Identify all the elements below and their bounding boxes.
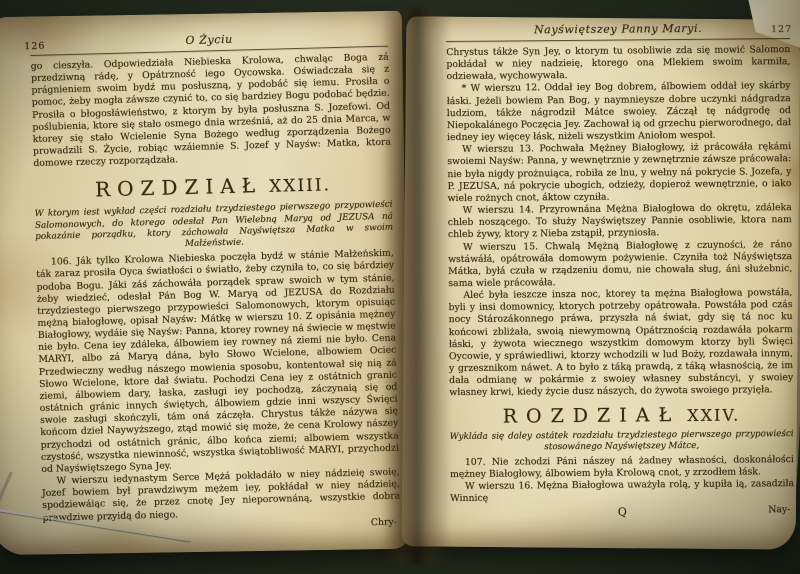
left-catchword: Chry- <box>371 516 397 528</box>
left-paragraph-continuation: go cieszyła. Odpowiedziała Niebieska Kro… <box>31 52 392 171</box>
right-paragraph-night: Aleć była ieszcze insza noc, ktorey ta m… <box>448 287 793 399</box>
chapter-word: ROZDZIAŁ <box>503 404 681 428</box>
right-paragraph-verse-16: W wierszu 16. Mężna Białogłowa uważyła r… <box>450 478 794 505</box>
chapter-numeral: XXIII. <box>269 176 331 198</box>
chapter-numeral: XXIV. <box>687 405 740 424</box>
open-book-photo: 126 O Życiu go cieszyła. Odpowiedziała N… <box>0 0 800 574</box>
right-paragraph-verse-13: W wierszu 13. Pochwała Mężney Białogłowy… <box>447 141 792 205</box>
right-paragraph-continuation: Chrystus tákże Syn Jey, o ktorym tu osob… <box>446 44 790 83</box>
right-paragraph-verse-14: W wierszu 14. Przyrownána Mężna Białogło… <box>448 202 792 241</box>
right-paragraph-verse-12: * W wierszu 12. Oddał iey Bog dobrem, ál… <box>447 80 792 144</box>
right-running-header: Nayświętszey Panny Maryi. <box>446 21 790 37</box>
chapter-xxiv-summary: Wykláda się daley ostátek rozdziału trzy… <box>450 429 794 454</box>
right-page-number: 127 <box>771 24 792 35</box>
left-paragraph-verse-11: W wierszu iedynastym Serce Mężá pokładáł… <box>41 467 400 525</box>
chapter-xxiii-summary: W ktorym iest wykład części rozdziału tr… <box>34 200 393 254</box>
right-paragraph-verse-15: W wierszu 15. Chwalą Mężną Białogłowę z … <box>448 238 792 290</box>
left-page-number: 126 <box>24 41 45 53</box>
chapter-word: ROZDZIAŁ <box>95 173 263 201</box>
left-page-text: 126 O Życiu go cieszyła. Odpowiedziała N… <box>30 29 401 540</box>
right-signature-row: Q Nay- <box>450 504 794 521</box>
left-paragraph-106: 106. Ják tylko Krolowa Niebieska poczęła… <box>36 248 400 476</box>
right-header-row: Nayświętszey Panny Maryi. 127 <box>446 21 790 40</box>
right-paragraph-107: 107. Nie zchodzi Páni nászey ná żadney w… <box>450 454 794 481</box>
right-catchword: Nay- <box>768 504 790 515</box>
signature-mark: Q <box>618 505 627 518</box>
chapter-heading-xxiv: ROZDZIAŁ XXIV. <box>449 403 793 428</box>
right-page-text: Nayświętszey Panny Maryi. 127 Chrystus t… <box>446 21 794 521</box>
chapter-heading-xxiii: ROZDZIAŁ XXIII. <box>34 170 393 203</box>
